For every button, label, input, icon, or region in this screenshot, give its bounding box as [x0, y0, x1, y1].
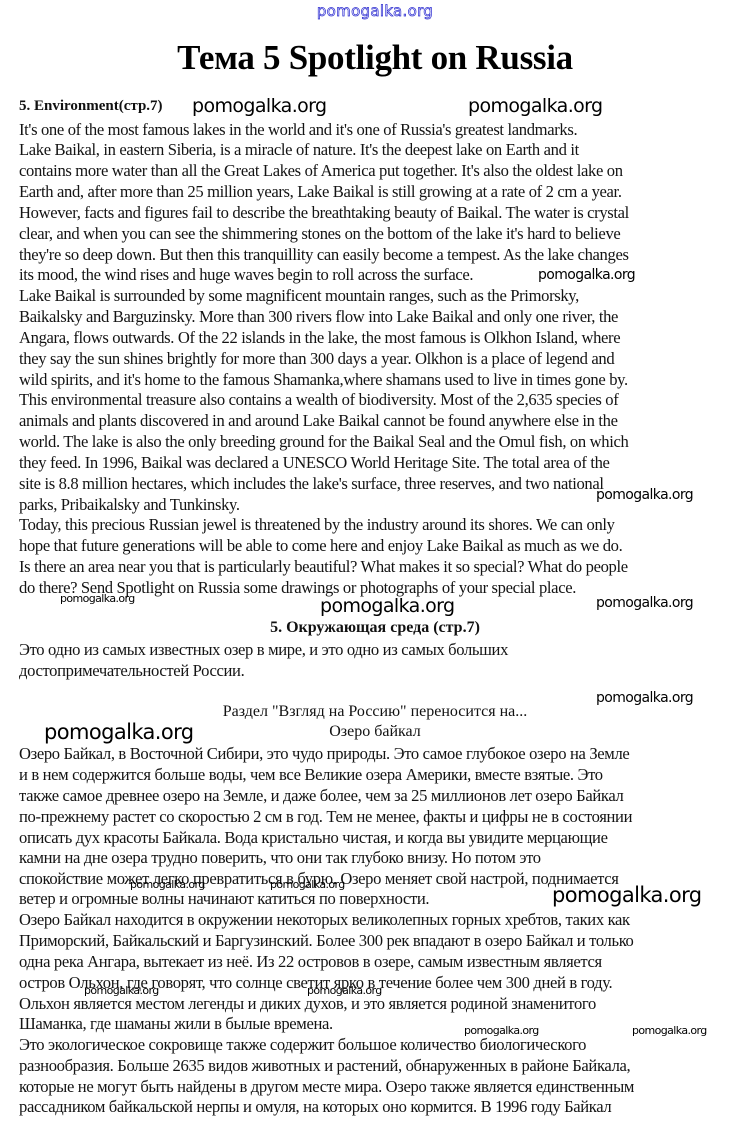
text-line: world. The lake is also the only breedin…: [19, 432, 628, 452]
text-line: описать дух красоты Байкала. Вода криста…: [19, 828, 608, 848]
watermark: pomogalka.org: [84, 984, 159, 997]
text-line: и в нем содержится больше воды, чем все …: [19, 765, 603, 785]
russian-section-heading: 5. Окружающая среда (стр.7): [0, 619, 750, 637]
text-line: по-прежнему растет со скоростью 2 см в г…: [19, 807, 632, 827]
watermark: pomogalka.org: [596, 487, 693, 503]
text-line: they say the sun shines brightly for mor…: [19, 349, 614, 369]
watermark: pomogalka.org: [320, 595, 455, 617]
text-line: достопримечательностей России.: [19, 661, 244, 681]
watermark: pomogalka.org: [468, 95, 603, 117]
text-line: камни на дне озера трудно поверить, что …: [19, 848, 541, 868]
page-title: Тема 5 Spotlight on Russia: [0, 38, 750, 78]
text-line: Это экологическое сокровище также содерж…: [19, 1035, 586, 1055]
text-line: Is there an area near you that is partic…: [19, 557, 628, 577]
text-line: clear, and when you can see the shimmeri…: [19, 224, 620, 244]
text-line: которые не могут быть найдены в другом м…: [19, 1077, 634, 1097]
text-line: they feed. In 1996, Baikal was declared …: [19, 453, 610, 473]
text-line: Озеро Байкал находится в окружении некот…: [19, 910, 630, 930]
text-line: Baikalsky and Barguzinsky. More than 300…: [19, 307, 618, 327]
watermark: pomogalka.org: [596, 690, 693, 706]
text-line: This environmental treasure also contain…: [19, 390, 618, 410]
text-line: ветер и огромные волны начинают катиться…: [19, 889, 429, 909]
text-line: разнообразия. Больше 2635 видов животных…: [19, 1056, 630, 1076]
text-line: contains more water than all the Great L…: [19, 161, 623, 181]
text-line: Earth and, after more than 25 million ye…: [19, 182, 622, 202]
text-line: its mood, the wind rises and huge waves …: [19, 265, 473, 285]
text-line: одна река Ангара, вытекает из неё. Из 22…: [19, 952, 602, 972]
text-line: they're so deep down. But then this tran…: [19, 245, 629, 265]
text-line: Озеро Байкал, в Восточной Сибири, это чу…: [19, 744, 629, 764]
watermark: pomogalka.org: [270, 878, 345, 891]
text-line: Шаманка, где шаманы жили в былые времена…: [19, 1014, 333, 1034]
watermark: pomogalka.org: [596, 595, 693, 611]
text-line: animals and plants discovered in and aro…: [19, 411, 618, 431]
text-line: parks, Pribaikalsky and Tunkinsky.: [19, 495, 240, 515]
watermark: pomogalka.org: [44, 720, 194, 744]
text-line: However, facts and figures fail to descr…: [19, 203, 629, 223]
text-line: Lake Baikal, in eastern Siberia, is a mi…: [19, 140, 579, 160]
text-line: также самое древнее озеро на Земле, и да…: [19, 786, 623, 806]
text-line: Lake Baikal is surrounded by some magnif…: [19, 286, 579, 306]
text-line: Angara, flows outwards. Of the 22 island…: [19, 328, 620, 348]
text-line: рассадником байкальской нерпы и омуля, н…: [19, 1097, 611, 1117]
watermark: pomogalka.org: [632, 1024, 707, 1037]
text-line: site is 8.8 million hectares, which incl…: [19, 474, 604, 494]
watermark: pomogalka.org: [192, 95, 327, 117]
watermark: pomogalka.org: [60, 592, 135, 605]
watermark: pomogalka.org: [464, 1024, 539, 1037]
text-line: Today, this precious Russian jewel is th…: [19, 515, 615, 535]
text-line: It's one of the most famous lakes in the…: [19, 120, 577, 140]
watermark: pomogalka.org: [307, 984, 382, 997]
top-watermark: pomogalka.org: [0, 2, 750, 20]
text-line: Это одно из самых известных озер в мире,…: [19, 640, 508, 660]
text-line: hope that future generations will be abl…: [19, 536, 622, 556]
text-line: Ольхон является местом легенды и диких д…: [19, 994, 596, 1014]
watermark: pomogalka.org: [552, 883, 702, 907]
text-line: Приморский, Байкальский и Баргузинский. …: [19, 931, 634, 951]
watermark: pomogalka.org: [130, 878, 205, 891]
watermark: pomogalka.org: [538, 267, 635, 283]
text-line: wild spirits, and it's home to the famou…: [19, 370, 628, 390]
english-section-heading: 5. Environment(стр.7): [19, 98, 163, 115]
